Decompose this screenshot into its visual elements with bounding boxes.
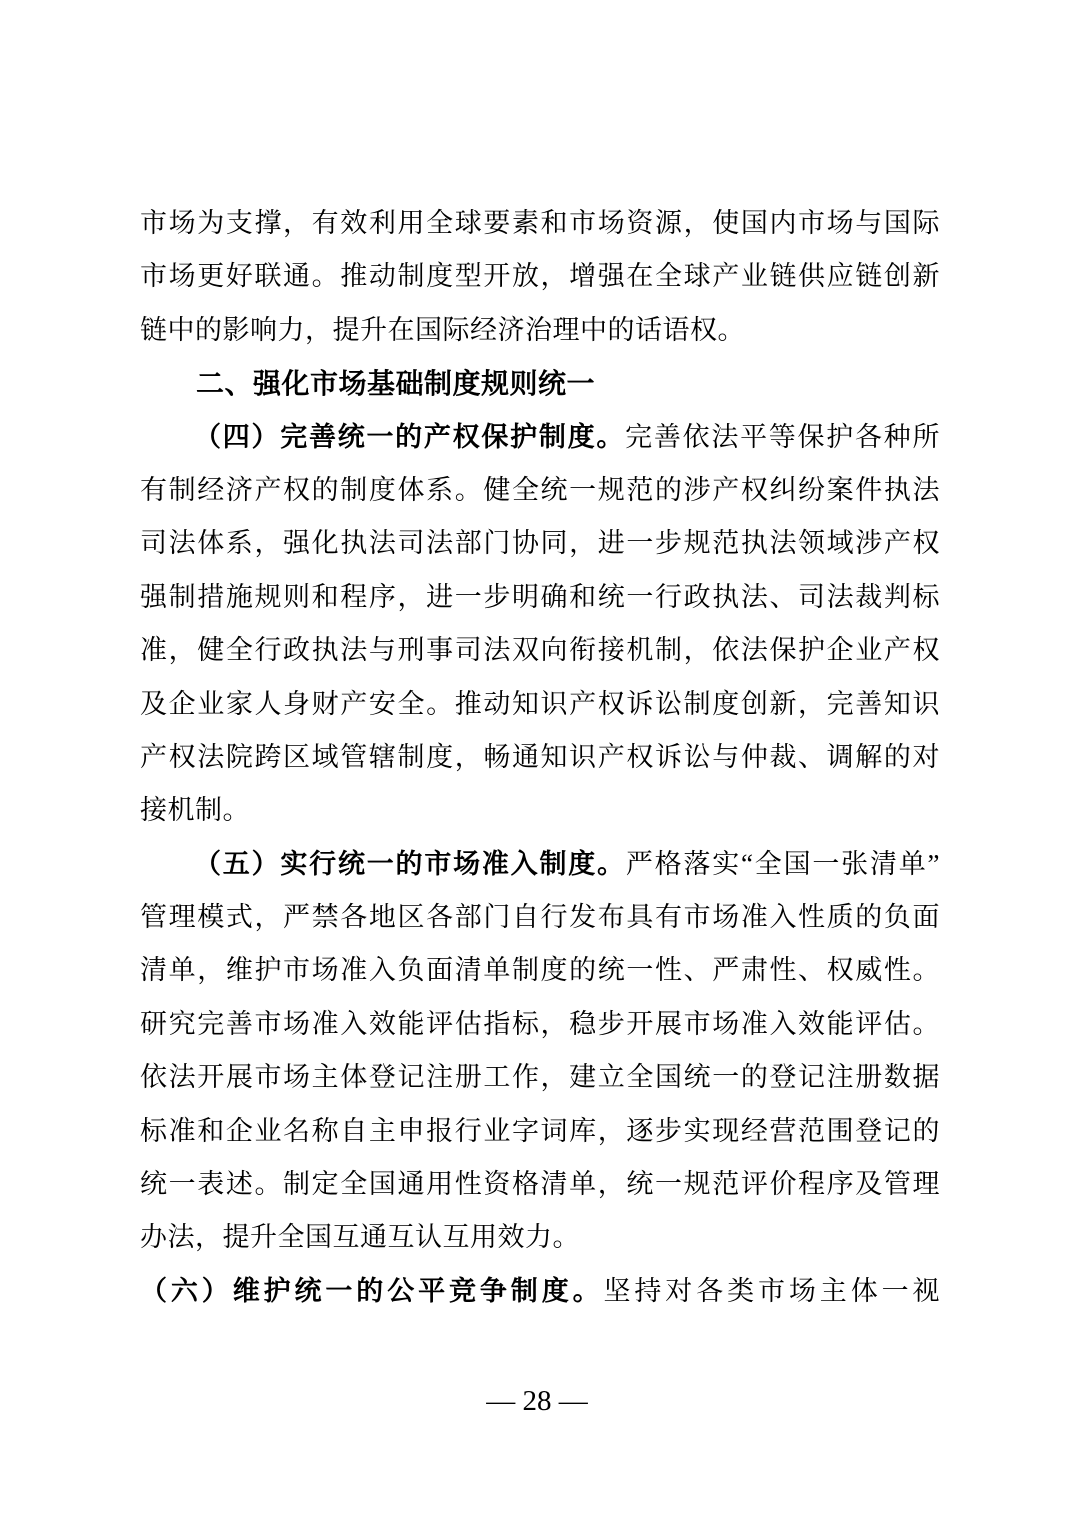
line-text: 市场更好联通。推动制度型开放，增强在全球产业链供应链创新 bbox=[140, 261, 940, 291]
paragraph-lead: （六）维护统一的公平竞争制度。 bbox=[140, 1276, 604, 1306]
page-number: — 28 — bbox=[0, 1381, 1074, 1421]
text-line: 依法开展市场主体登记注册工作，建立全国统一的登记注册数据 bbox=[140, 1051, 940, 1104]
document-content: 市场为支撑，有效利用全球要素和市场资源，使国内市场与国际 市场更好联通。推动制度… bbox=[140, 197, 940, 1318]
text-line: （六）维护统一的公平竞争制度。坚持对各类市场主体一视 bbox=[140, 1265, 940, 1318]
text-line: 研究完善市场准入效能评估指标，稳步开展市场准入效能评估。 bbox=[140, 998, 940, 1051]
line-text: 链中的影响力，提升在国际经济治理中的话语权。 bbox=[140, 315, 745, 345]
line-text: 及企业家人身财产安全。推动知识产权诉讼制度创新，完善知识 bbox=[140, 689, 940, 719]
text-line: 产权法院跨区域管辖制度，畅通知识产权诉讼与仲裁、调解的对 bbox=[140, 731, 940, 784]
line-text: 研究完善市场准入效能评估指标，稳步开展市场准入效能评估。 bbox=[140, 1009, 940, 1039]
text-line: 司法体系，强化执法司法部门协同，进一步规范执法领域涉产权 bbox=[140, 517, 940, 570]
line-text: 坚持对各类市场主体一视 bbox=[604, 1276, 941, 1306]
line-text: 严格落实“全国一张清单” bbox=[626, 849, 940, 879]
line-text: 接机制。 bbox=[140, 795, 250, 825]
line-text: 办法，提升全国互通互认互用效力。 bbox=[140, 1222, 580, 1252]
line-text: 统一表述。制定全国通用性资格清单，统一规范评价程序及管理 bbox=[140, 1169, 940, 1199]
text-line: 接机制。 bbox=[140, 784, 940, 837]
section-heading-text: 二、强化市场基础制度规则统一 bbox=[196, 368, 595, 399]
line-text: 依法开展市场主体登记注册工作，建立全国统一的登记注册数据 bbox=[140, 1062, 940, 1092]
text-line: 链中的影响力，提升在国际经济治理中的话语权。 bbox=[140, 304, 940, 357]
line-text: 司法体系，强化执法司法部门协同，进一步规范执法领域涉产权 bbox=[140, 528, 940, 558]
text-line: 强制措施规则和程序，进一步明确和统一行政执法、司法裁判标 bbox=[140, 571, 940, 624]
paragraph-lead: （五）实行统一的市场准入制度。 bbox=[194, 849, 626, 879]
line-text: 产权法院跨区域管辖制度，畅通知识产权诉讼与仲裁、调解的对 bbox=[140, 742, 940, 772]
text-line: 办法，提升全国互通互认互用效力。 bbox=[140, 1211, 940, 1264]
text-line: 市场更好联通。推动制度型开放，增强在全球产业链供应链创新 bbox=[140, 250, 940, 303]
text-line: 及企业家人身财产安全。推动知识产权诉讼制度创新，完善知识 bbox=[140, 678, 940, 731]
text-line: 市场为支撑，有效利用全球要素和市场资源，使国内市场与国际 bbox=[140, 197, 940, 250]
line-text: 有制经济产权的制度体系。健全统一规范的涉产权纠纷案件执法 bbox=[140, 475, 940, 505]
line-text: 市场为支撑，有效利用全球要素和市场资源，使国内市场与国际 bbox=[140, 208, 940, 238]
text-line: 统一表述。制定全国通用性资格清单，统一规范评价程序及管理 bbox=[140, 1158, 940, 1211]
document-page: 市场为支撑，有效利用全球要素和市场资源，使国内市场与国际 市场更好联通。推动制度… bbox=[0, 0, 1074, 1520]
text-line: 有制经济产权的制度体系。健全统一规范的涉产权纠纷案件执法 bbox=[140, 464, 940, 517]
line-text: 完善依法平等保护各种所 bbox=[625, 422, 940, 452]
text-line: 清单，维护市场准入负面清单制度的统一性、严肃性、权威性。 bbox=[140, 944, 940, 997]
text-line: 标准和企业名称自主申报行业字词库，逐步实现经营范围登记的 bbox=[140, 1105, 940, 1158]
text-line: （五）实行统一的市场准入制度。严格落实“全国一张清单” bbox=[140, 838, 940, 891]
line-text: 清单，维护市场准入负面清单制度的统一性、严肃性、权威性。 bbox=[140, 955, 940, 985]
line-text: 管理模式，严禁各地区各部门自行发布具有市场准入性质的负面 bbox=[140, 902, 940, 932]
section-heading: 二、强化市场基础制度规则统一 bbox=[140, 357, 940, 410]
text-line: （四）完善统一的产权保护制度。完善依法平等保护各种所 bbox=[140, 411, 940, 464]
line-text: 强制措施规则和程序，进一步明确和统一行政执法、司法裁判标 bbox=[140, 582, 940, 612]
text-line: 准，健全行政执法与刑事司法双向衔接机制，依法保护企业产权 bbox=[140, 624, 940, 677]
line-text: 标准和企业名称自主申报行业字词库，逐步实现经营范围登记的 bbox=[140, 1116, 940, 1146]
text-line: 管理模式，严禁各地区各部门自行发布具有市场准入性质的负面 bbox=[140, 891, 940, 944]
paragraph-lead: （四）完善统一的产权保护制度。 bbox=[194, 422, 625, 452]
line-text: 准，健全行政执法与刑事司法双向衔接机制，依法保护企业产权 bbox=[140, 635, 940, 665]
